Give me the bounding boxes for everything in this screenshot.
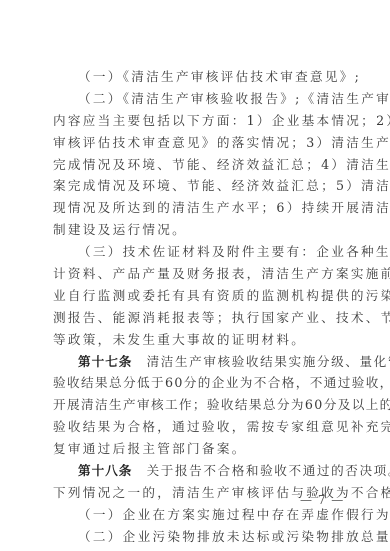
- text-line: 复审通过后报主管部门备案。: [53, 438, 343, 460]
- text-line: 现情况及所达到的清洁生产水平；6）持续开展清洁生产工作机: [53, 197, 343, 219]
- text-line: 完成情况及环境、节能、经济效益汇总；4）清洁生产中/高费方: [53, 154, 343, 176]
- page-number: — 7 —: [300, 493, 344, 507]
- text-line: 验收结果总分低于60分的企业为不合格，不通过验收，应重新: [53, 372, 343, 394]
- text-span: 关于报告不合格和验收不通过的否决项。存在: [132, 463, 390, 478]
- article-17-line: 第十七条 清洁生产审核验收结果实施分级、量化管理，: [53, 351, 343, 373]
- text-span: 清洁生产审核验收结果实施分级、量化管理，: [132, 354, 390, 369]
- text-line: 计资料、产品产量及财务报表，清洁生产方案实施前、后，企: [53, 263, 343, 285]
- text-line: 内容应当主要包括以下方面：1）企业基本情况；2）《清洁生产: [53, 110, 343, 132]
- document-body: （一）《清洁生产审核评估技术审查意见》; （二）《清洁生产审核验收报告》;《清洁…: [53, 66, 343, 548]
- article-18-line: 第十八条 关于报告不合格和验收不通过的否决项。存在: [53, 460, 343, 482]
- text-line: 测报告、能源消耗报表等；执行国家产业、技术、节能、环境: [53, 307, 343, 329]
- text-line: （二）《清洁生产审核验收报告》;《清洁生产审核验收报告》: [53, 88, 343, 110]
- text-line: 等政策，未发生重大事故的证明材料。: [53, 329, 343, 351]
- text-line: （一）企业在方案实施过程中存在弄虚作假行为；: [53, 504, 343, 526]
- article-heading: 第十七条: [78, 354, 132, 369]
- text-line: 审核评估技术审查意见》的落实情况；3）清洁生产无/低费方案: [53, 132, 343, 154]
- text-line: （二）企业污染物排放未达标或污染物排放总量、单位产: [53, 526, 343, 548]
- text-line: （一）《清洁生产审核评估技术审查意见》;: [53, 66, 343, 88]
- text-line: 案完成情况及环境、节能、经济效益汇总；5）清洁生产目标实: [53, 175, 343, 197]
- text-line: 制建设及运行情况。: [53, 219, 343, 241]
- article-heading: 第十八条: [78, 463, 132, 478]
- text-line: （三）技术佐证材料及附件主要有：企业各种生产消耗统: [53, 241, 343, 263]
- text-line: 开展清洁生产审核工作；验收结果总分为60分及以上的企业，: [53, 394, 343, 416]
- text-line: 验收结果为合格，通过验收，需按专家组意见补充完善报告，: [53, 416, 343, 438]
- text-line: 业自行监测或委托有具有资质的监测机构提供的污染物排放监: [53, 285, 343, 307]
